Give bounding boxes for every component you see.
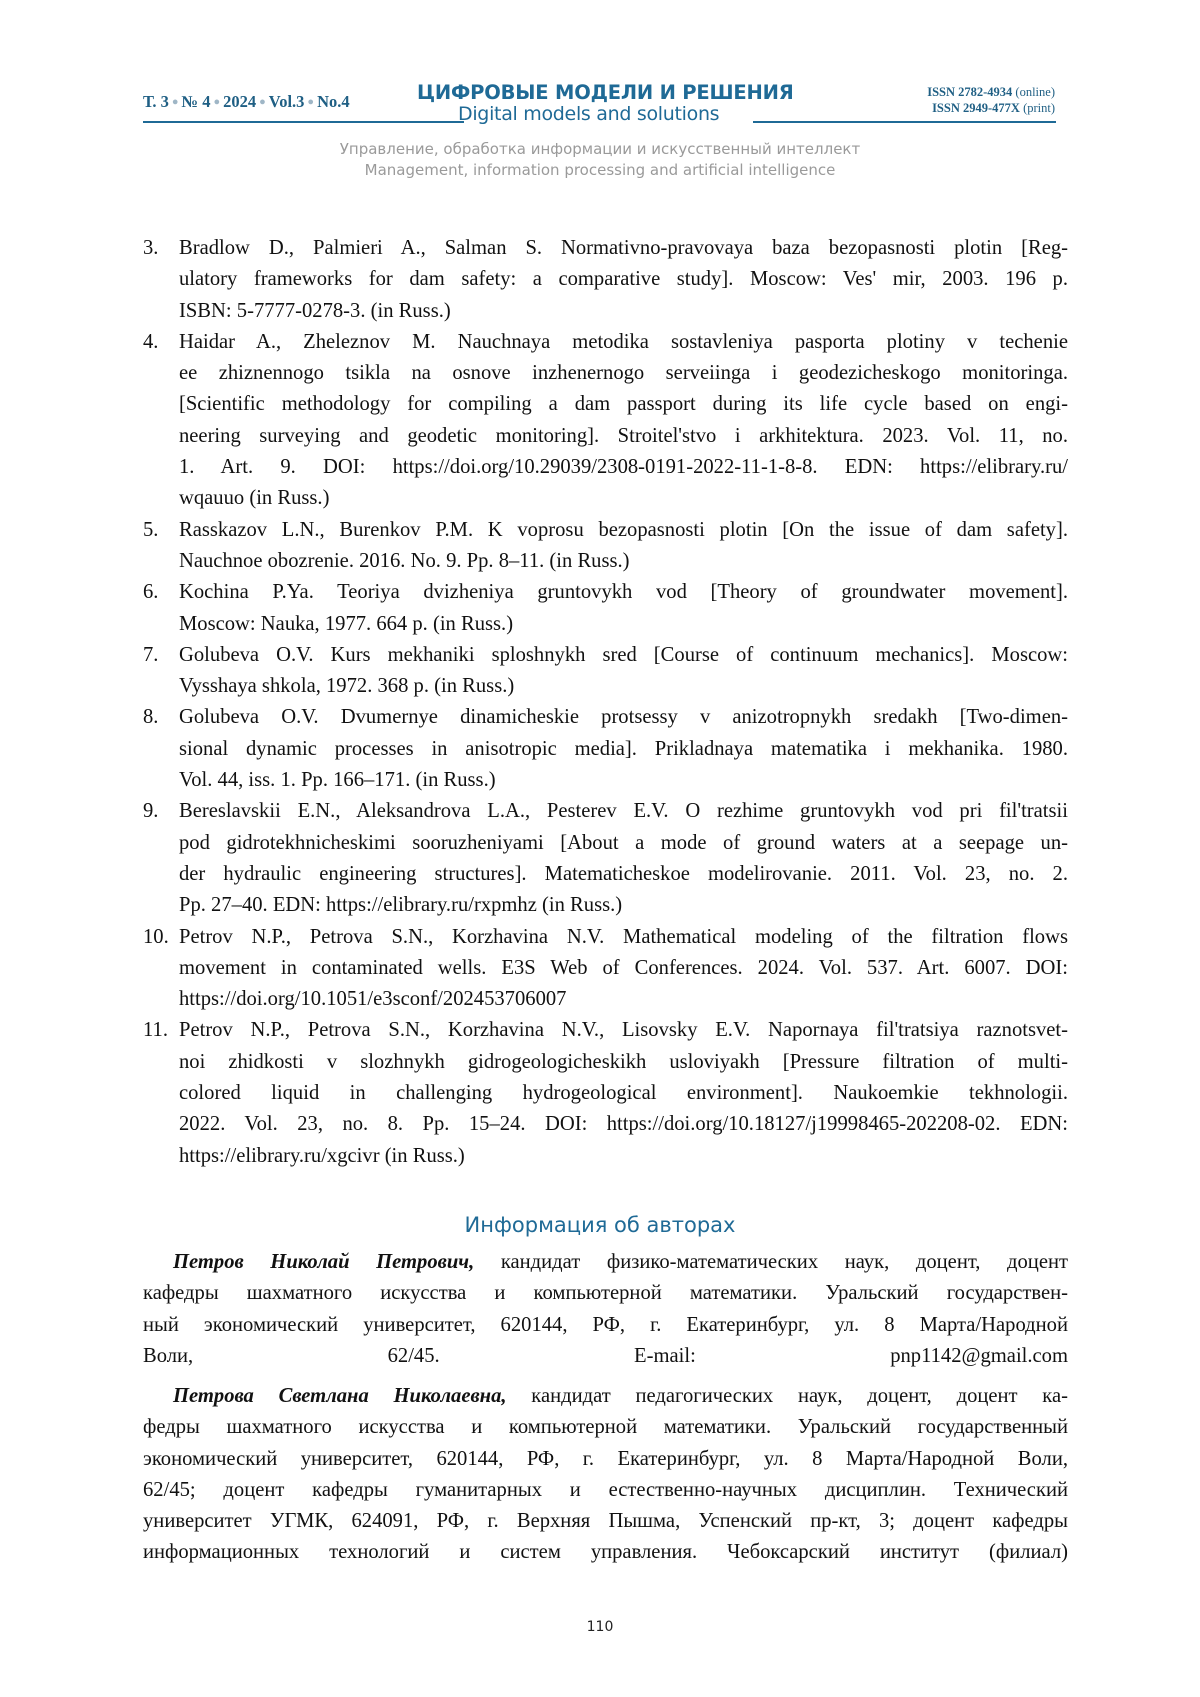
author-description: кандидат педагогических наук, доцент, до… <box>507 1385 1068 1407</box>
author-first-line: Петрова Светлана Николаевна, кандидат пе… <box>143 1381 1068 1412</box>
reference-line: [Scientific methodology for compiling a … <box>179 389 1068 420</box>
reference-line: Pp. 27–40. EDN: https://elibrary.ru/rxpm… <box>179 890 1068 921</box>
author-line: университет УГМК, 624091, РФ, г. Верхняя… <box>143 1506 1068 1537</box>
reference-item: 6.Kochina P.Ya. Teoriya dvizheniya grunt… <box>143 577 1068 640</box>
reference-number: 11. <box>143 1015 168 1046</box>
reference-item: 4.Haidar A., Zheleznov M. Nauchnaya meto… <box>143 327 1068 515</box>
issn-print-number: ISSN 2949-477X <box>932 101 1020 115</box>
reference-item: 11.Petrov N.P., Petrova S.N., Korzhavina… <box>143 1015 1068 1171</box>
separator-dot: ● <box>259 96 266 108</box>
reference-line: Golubeva O.V. Kurs mekhaniki sploshnykh … <box>179 640 1068 671</box>
separator-dot: ● <box>213 96 220 108</box>
reference-line: https://elibrary.ru/xgcivr (in Russ.) <box>179 1141 1068 1172</box>
rubric-en: Management, information processing and a… <box>0 160 1200 181</box>
authors-section-title: Информация об авторах <box>0 1213 1200 1237</box>
author-email-line: Воли, 62/45. E-mail: pnp1142@gmail.com <box>143 1341 1068 1372</box>
reference-item: 7.Golubeva O.V. Kurs mekhaniki sploshnyk… <box>143 640 1068 703</box>
reference-line: Nauchnoe obozrenie. 2016. No. 9. Pp. 8–1… <box>179 546 1068 577</box>
journal-title-en: Digital models and solutions <box>458 103 719 125</box>
reference-line: Bereslavskii E.N., Aleksandrova L.A., Pe… <box>179 796 1068 827</box>
issn-online-number: ISSN 2782-4934 <box>927 85 1012 99</box>
header-rule-left <box>143 121 464 123</box>
reference-line: sional dynamic processes in anisotropic … <box>179 734 1068 765</box>
reference-line: 2022. Vol. 23, no. 8. Pp. 15–24. DOI: ht… <box>179 1109 1068 1140</box>
reference-line: noi zhidkosti v slozhnykh gidrogeologich… <box>179 1047 1068 1078</box>
reference-number: 4. <box>143 327 158 358</box>
reference-number: 10. <box>143 922 169 953</box>
issn-block: ISSN 2782-4934 (online) ISSN 2949-477X (… <box>927 84 1055 116</box>
reference-item: 8.Golubeva O.V. Dvumernye dinamicheskie … <box>143 702 1068 796</box>
reference-number: 5. <box>143 515 158 546</box>
author-line: федры шахматного искусства и компьютерно… <box>143 1412 1068 1443</box>
reference-line: Petrov N.P., Petrova S.N., Korzhavina N.… <box>179 1015 1068 1046</box>
page-number: 110 <box>0 1619 1200 1635</box>
reference-list: 3.Bradlow D., Palmieri A., Salman S. Nor… <box>143 233 1068 1172</box>
reference-number: 8. <box>143 702 158 733</box>
reference-line: Vol. 44, iss. 1. Pp. 166–171. (in Russ.) <box>179 765 1068 796</box>
reference-line: neering surveying and geodetic monitorin… <box>179 421 1068 452</box>
reference-line: Moscow: Nauka, 1977. 664 p. (in Russ.) <box>179 609 1068 640</box>
reference-line: movement in contaminated wells. E3S Web … <box>179 953 1068 984</box>
year: 2024 <box>223 92 256 111</box>
reference-line: ulatory frameworks for dam safety: a com… <box>179 264 1068 295</box>
issn-online-type: (online) <box>1015 85 1055 99</box>
reference-line: Kochina P.Ya. Teoriya dvizheniya gruntov… <box>179 577 1068 608</box>
author-line: экономический университет, 620144, РФ, г… <box>143 1444 1068 1475</box>
reference-item: 3.Bradlow D., Palmieri A., Salman S. Nor… <box>143 233 1068 327</box>
journal-page: Т. 3●№ 4●2024●Vol.3●No.4 ЦИФРОВЫЕ МОДЕЛИ… <box>0 0 1200 1697</box>
reference-number: 6. <box>143 577 158 608</box>
reference-line: Vysshaya shkola, 1972. 368 p. (in Russ.) <box>179 671 1068 702</box>
volume-info: Т. 3●№ 4●2024●Vol.3●No.4 <box>143 92 350 112</box>
author-line: кафедры шахматного искусства и компьютер… <box>143 1278 1068 1309</box>
reference-line: der hydraulic engineering structures]. M… <box>179 859 1068 890</box>
author-first-line: Петров Николай Петрович, кандидат физико… <box>143 1247 1068 1278</box>
reference-number: 9. <box>143 796 158 827</box>
reference-line: Bradlow D., Palmieri A., Salman S. Norma… <box>179 233 1068 264</box>
reference-item: 9.Bereslavskii E.N., Aleksandrova L.A., … <box>143 796 1068 921</box>
section-rubric: Управление, обработка информации и искус… <box>0 139 1200 181</box>
separator-dot: ● <box>307 96 314 108</box>
author-name: Петров Николай Петрович, <box>173 1251 474 1273</box>
reference-line: 1. Art. 9. DOI: https://doi.org/10.29039… <box>179 452 1068 483</box>
header-rule-right <box>753 121 1056 123</box>
reference-line: Petrov N.P., Petrova S.N., Korzhavina N.… <box>179 922 1068 953</box>
author-line: ный экономический университет, 620144, Р… <box>143 1310 1068 1341</box>
issn-print: ISSN 2949-477X (print) <box>927 100 1055 116</box>
reference-item: 10.Petrov N.P., Petrova S.N., Korzhavina… <box>143 922 1068 1016</box>
author-line: 62/45; доцент кафедры гуманитарных и ест… <box>143 1475 1068 1506</box>
issn-online: ISSN 2782-4934 (online) <box>927 84 1055 100</box>
volume-ru: Т. 3 <box>143 92 169 111</box>
reference-line: https://doi.org/10.1051/e3sconf/20245370… <box>179 984 1068 1015</box>
author-entry: Петров Николай Петрович, кандидат физико… <box>143 1247 1068 1372</box>
rubric-ru: Управление, обработка информации и искус… <box>0 139 1200 160</box>
reference-number: 7. <box>143 640 158 671</box>
author-description: кандидат физико-математических наук, доц… <box>474 1251 1068 1273</box>
reference-item: 5.Rasskazov L.N., Burenkov P.M. K vopros… <box>143 515 1068 578</box>
reference-line: ISBN: 5-7777-0278-3. (in Russ.) <box>179 296 1068 327</box>
issue-ru: № 4 <box>182 92 211 111</box>
reference-line: Haidar A., Zheleznov M. Nauchnaya metodi… <box>179 327 1068 358</box>
reference-line: wqauuo (in Russ.) <box>179 483 1068 514</box>
separator-dot: ● <box>172 96 179 108</box>
reference-number: 3. <box>143 233 158 264</box>
author-name: Петрова Светлана Николаевна, <box>173 1385 507 1407</box>
volume-en: Vol.3 <box>269 92 305 111</box>
reference-line: Rasskazov L.N., Burenkov P.M. K voprosu … <box>179 515 1068 546</box>
reference-line: ee zhiznennogo tsikla na osnove inzhener… <box>179 358 1068 389</box>
issue-en: No.4 <box>317 92 350 111</box>
reference-line: colored liquid in challenging hydrogeolo… <box>179 1078 1068 1109</box>
issn-print-type: (print) <box>1023 101 1055 115</box>
author-line: информационных технологий и систем управ… <box>143 1537 1068 1568</box>
reference-line: Golubeva O.V. Dvumernye dinamicheskie pr… <box>179 702 1068 733</box>
reference-line: pod gidrotekhnicheskimi sooruzheniyami [… <box>179 828 1068 859</box>
author-entry: Петрова Светлана Николаевна, кандидат пе… <box>143 1381 1068 1569</box>
journal-title-ru: ЦИФРОВЫЕ МОДЕЛИ И РЕШЕНИЯ <box>417 81 794 104</box>
